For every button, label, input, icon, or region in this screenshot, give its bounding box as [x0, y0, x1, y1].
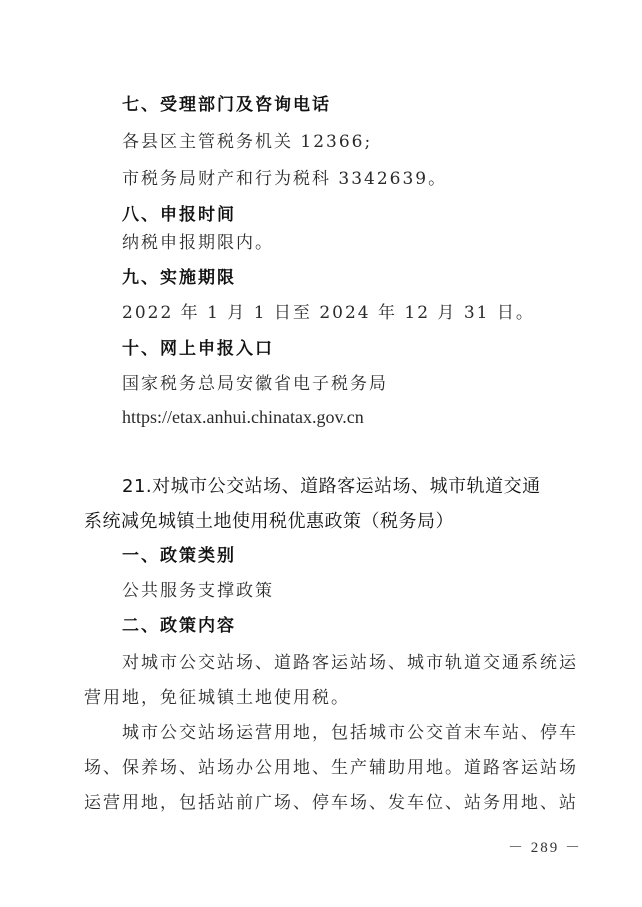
- online-entry-url[interactable]: https://etax.anhui.chinatax.gov.cn: [122, 406, 364, 428]
- policy-category-text: 公共服务支撑政策: [122, 580, 274, 602]
- policy-content-line: 城市公交站场运营用地，包括城市公交首末车站、停车: [122, 722, 578, 744]
- section-heading-contact: 七、受理部门及咨询电话: [122, 94, 331, 116]
- contact-line-city: 市税务局财产和行为税科 3342639。: [122, 168, 447, 190]
- policy-content-line: 场、保养场、站场办公用地、生产辅助用地。道路客运站场: [84, 757, 578, 779]
- period-text: 2022 年 1 月 1 日至 2024 年 12 月 31 日。: [122, 302, 535, 324]
- policy-content-line: 对城市公交站场、道路客运站场、城市轨道交通系统运: [122, 652, 578, 674]
- policy-title-line2: 系统减免城镇土地使用税优惠政策（税务局）: [84, 511, 454, 533]
- section-heading-online-entry: 十、网上申报入口: [122, 338, 274, 360]
- section-heading-policy-content: 二、政策内容: [122, 615, 236, 637]
- policy-content-line: 运营用地，包括站前广场、停车场、发车位、站务用地、站: [84, 792, 578, 814]
- declare-time-text: 纳税申报期限内。: [122, 232, 274, 254]
- section-heading-period: 九、实施期限: [122, 267, 236, 289]
- section-heading-policy-category: 一、政策类别: [122, 545, 236, 567]
- section-heading-declare-time: 八、申报时间: [122, 204, 236, 226]
- contact-line-county: 各县区主管税务机关 12366;: [122, 131, 372, 153]
- online-entry-name: 国家税务总局安徽省电子税务局: [122, 373, 388, 395]
- page-number: － 289 －: [508, 836, 582, 857]
- policy-content-line: 营用地，免征城镇土地使用税。: [84, 687, 350, 709]
- policy-title-line1: 21.对城市公交站场、道路客运站场、城市轨道交通: [122, 476, 541, 498]
